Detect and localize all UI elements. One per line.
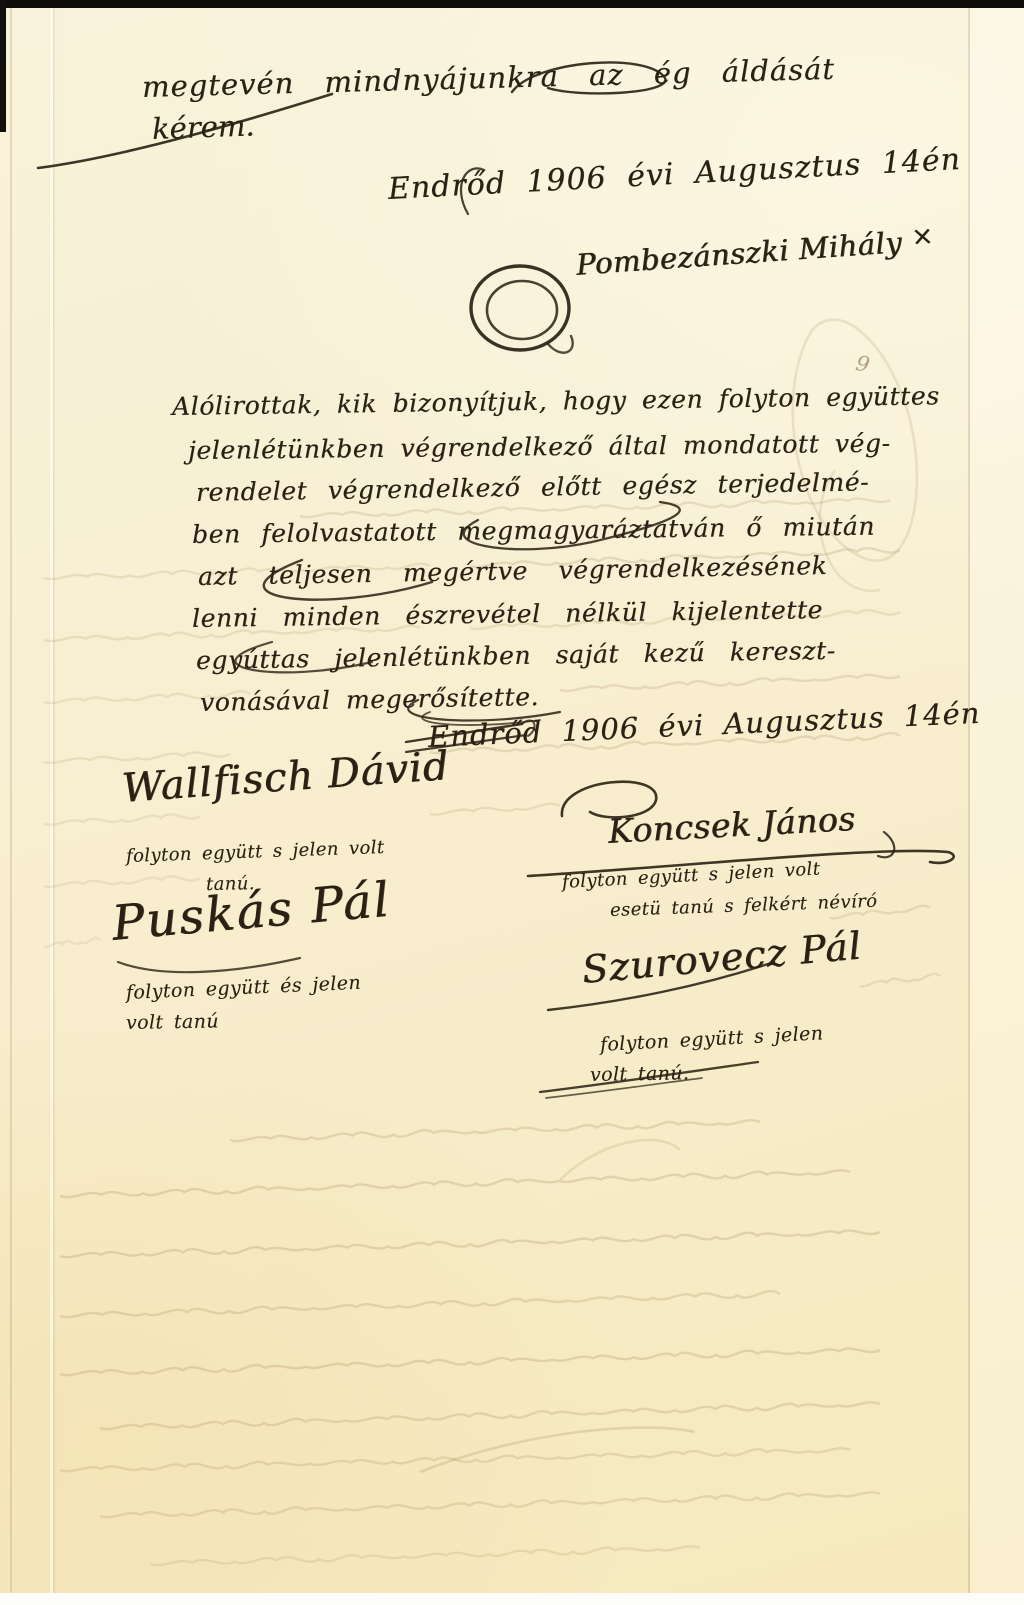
opening-line-2: kérem. xyxy=(151,108,255,146)
testator-cross-mark: × xyxy=(910,221,934,252)
paragraph-line: vonásával megerősítette. xyxy=(200,682,540,717)
witness-role-szurovecz-2: volt tanú. xyxy=(590,1062,690,1086)
scanned-document-page: megtevén mindnyájunkra az ég áldását kér… xyxy=(0,0,1024,1605)
scan-edge-left xyxy=(0,0,6,132)
scan-edge-bottom xyxy=(0,1593,1024,1605)
scan-edge-top xyxy=(0,0,1024,8)
witness-role-puskas-2: volt tanú xyxy=(126,1010,219,1034)
